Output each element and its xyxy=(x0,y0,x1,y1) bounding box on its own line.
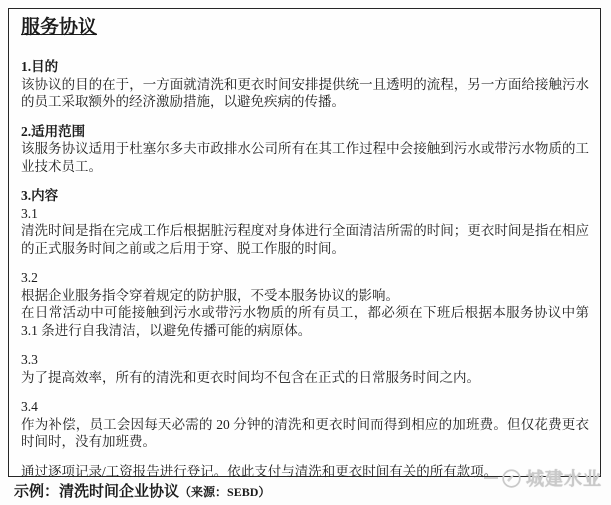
clause-3-2-body-line1: 根据企业服务指令穿着规定的防护服，不受本服务协议的影响。 xyxy=(21,287,589,305)
clause-3-1-number: 3.1 xyxy=(21,205,589,223)
clause-3-3-number: 3.3 xyxy=(21,351,589,369)
clause-3-4: 3.4 作为补偿，员工会因每天必需的 20 分钟的清洗和更衣时间而得到相应的加班… xyxy=(21,398,589,451)
clause-3-2-number: 3.2 xyxy=(21,269,589,287)
section-purpose: 1.目的 该协议的目的在于，一方面就清洗和更衣时间安排提供统一且透明的流程，另一… xyxy=(21,58,589,111)
watermark: 城建水业 xyxy=(484,461,602,495)
caption-label: 示例： xyxy=(14,484,59,500)
section-scope-heading: 2.适用范围 xyxy=(21,123,589,141)
clause-3-2-body-line2: 在日常活动中可能接触到污水或带污水物质的所有员工，都必须在下班后根据本服务协议中… xyxy=(21,304,589,339)
caption-source: （来源：SEBD） xyxy=(179,485,270,499)
watermark-text: 城建水业 xyxy=(526,465,602,491)
section-content-heading: 3.内容 xyxy=(21,187,589,205)
document-title: 服务协议 xyxy=(21,16,589,40)
clause-3-3-body: 为了提高效率，所有的清洗和更衣时间均不包含在正式的日常服务时间之内。 xyxy=(21,369,589,387)
clause-3-1: 3.1 清洗时间是指在完成工作后根据脏污程度对身体进行全面清洁所需的时间；更衣时… xyxy=(21,205,589,258)
clause-3-4-body: 作为补偿，员工会因每天必需的 20 分钟的清洗和更衣时间而得到相应的加班费。但仅… xyxy=(21,416,589,451)
water-drop-logo-icon xyxy=(501,468,522,489)
caption-title: 清洗时间企业协议 xyxy=(59,484,179,500)
section-scope-body: 该服务协议适用于杜塞尔多夫市政排水公司所有在其工作过程中会接触到污水或带污水物质… xyxy=(21,140,589,175)
clause-3-2: 3.2 根据企业服务指令穿着规定的防护服，不受本服务协议的影响。 在日常活动中可… xyxy=(21,269,589,339)
document-box: 服务协议 1.目的 该协议的目的在于，一方面就清洗和更衣时间安排提供统一且透明的… xyxy=(8,8,601,477)
section-purpose-body: 该协议的目的在于，一方面就清洗和更衣时间安排提供统一且透明的流程，另一方面给接触… xyxy=(21,76,589,111)
watermark-dash xyxy=(484,477,498,479)
section-purpose-heading: 1.目的 xyxy=(21,58,589,76)
section-content: 3.内容 3.1 清洗时间是指在完成工作后根据脏污程度对身体进行全面清洁所需的时… xyxy=(21,187,589,480)
page: 服务协议 1.目的 该协议的目的在于，一方面就清洗和更衣时间安排提供统一且透明的… xyxy=(0,0,611,505)
section-scope: 2.适用范围 该服务协议适用于杜塞尔多夫市政排水公司所有在其工作过程中会接触到污… xyxy=(21,123,589,176)
caption: 示例：清洗时间企业协议（来源：SEBD） xyxy=(14,483,270,501)
clause-3-1-body: 清洗时间是指在完成工作后根据脏污程度对身体进行全面清洁所需的时间；更衣时间是指在… xyxy=(21,222,589,257)
clause-3-4-number: 3.4 xyxy=(21,398,589,416)
clause-3-3: 3.3 为了提高效率，所有的清洗和更衣时间均不包含在正式的日常服务时间之内。 xyxy=(21,351,589,386)
